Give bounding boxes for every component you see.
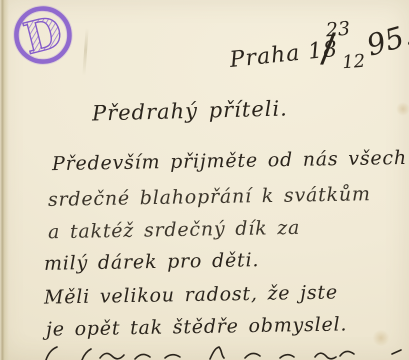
foxing-spot xyxy=(372,330,390,346)
body-line: Především přijměte od nás všech xyxy=(52,147,407,175)
body-line: milý dárek pro děti. xyxy=(44,249,260,275)
letter-page: D Praha 18 / 23 12 95. Předrahý příteli.… xyxy=(0,0,409,360)
body-line: a taktéž srdečný dík za xyxy=(48,217,301,243)
dateline-day: 23 xyxy=(325,18,351,42)
foxing-spot xyxy=(396,102,409,116)
paper-left-edge xyxy=(0,0,9,360)
body-line: srdečné blahopřání k svátkům xyxy=(48,183,371,211)
paper-crease xyxy=(82,28,88,76)
body-line: je opět tak štědře obmyslel. xyxy=(46,313,348,340)
monogram-stamp-icon: D xyxy=(9,3,79,69)
dateline-month: 12 xyxy=(342,51,366,74)
dateline-year: 95. xyxy=(363,17,409,62)
body-line: Měli velikou radost, že jste xyxy=(44,281,338,308)
dateline: Praha 18 / 23 12 95. xyxy=(228,18,409,102)
salutation: Předrahý příteli. xyxy=(92,96,288,125)
cutoff-line-strokes xyxy=(38,346,408,360)
monogram-stamp: D xyxy=(9,3,79,69)
